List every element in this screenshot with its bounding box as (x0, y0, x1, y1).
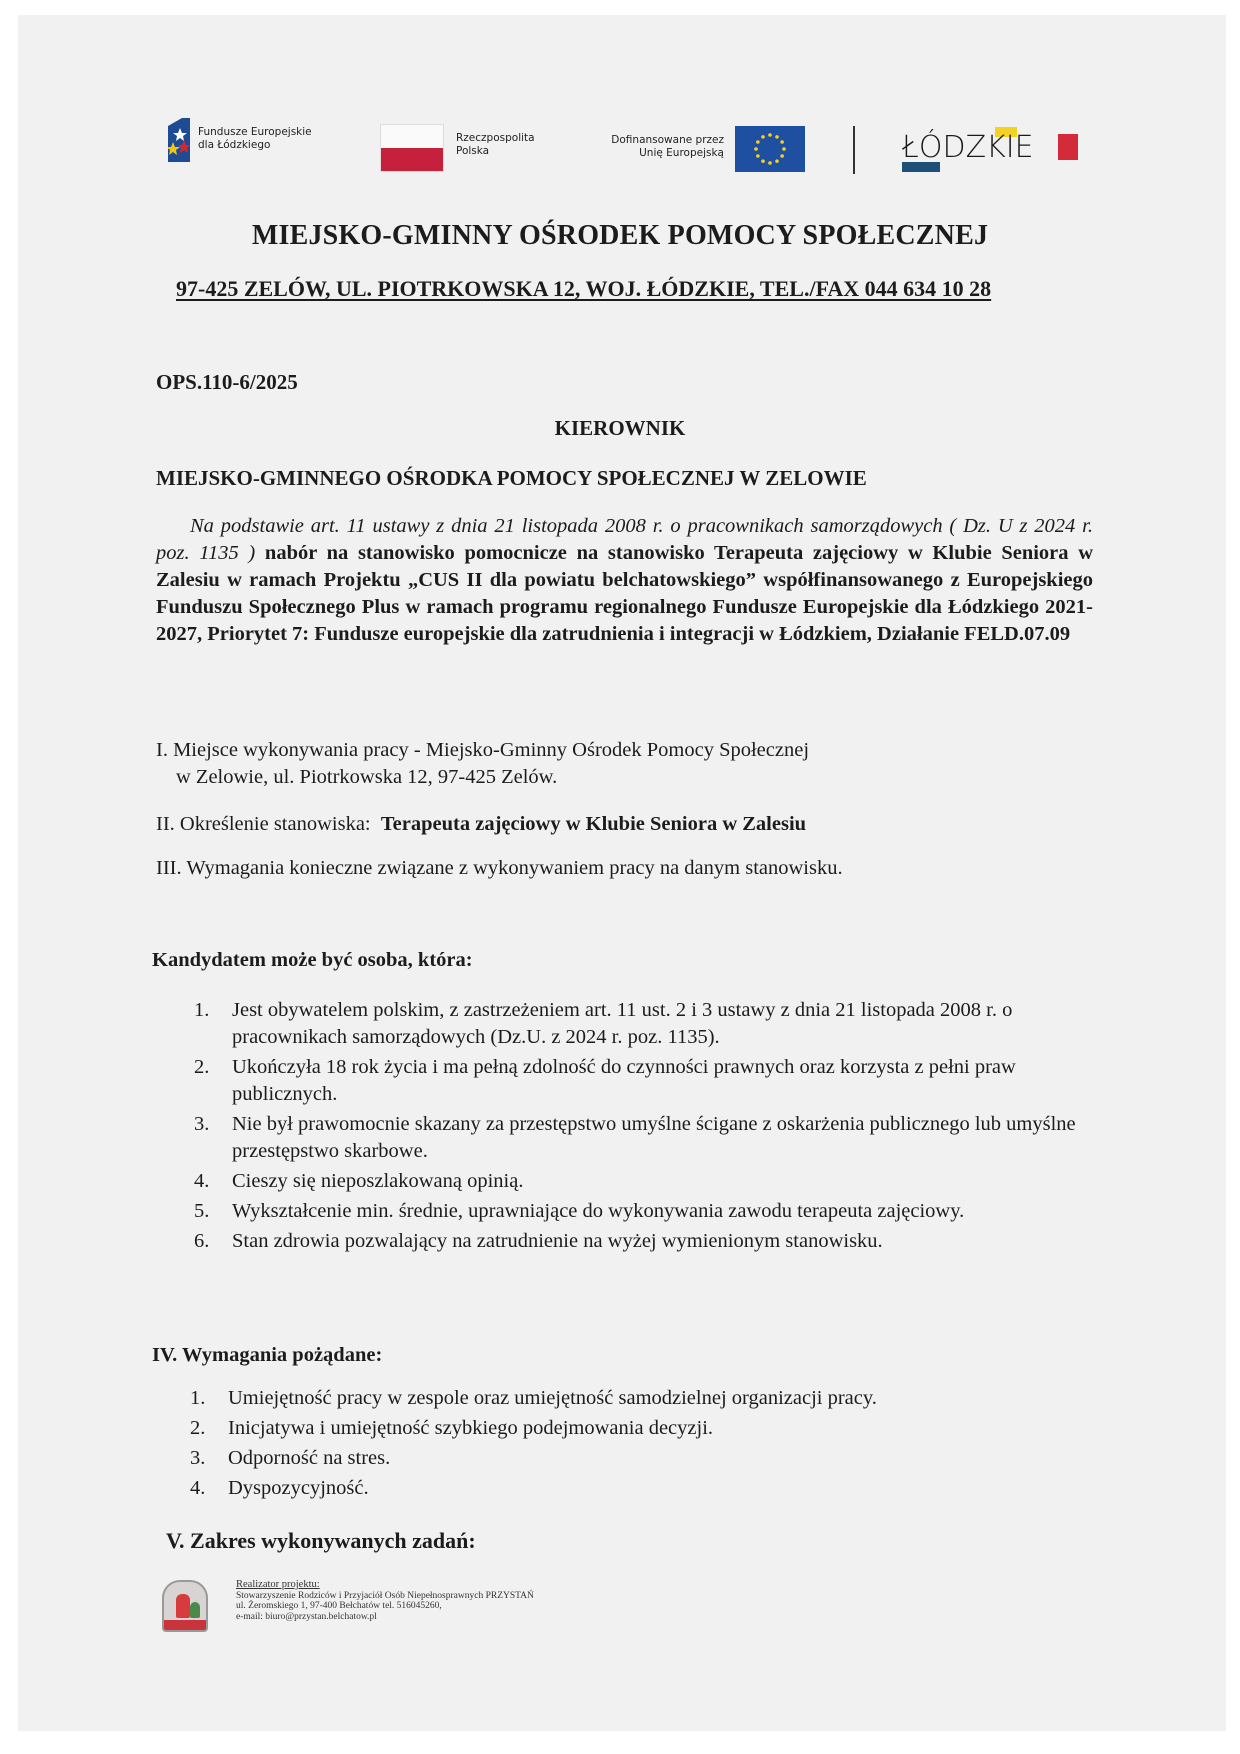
recruitment-description: nabór na stanowisko pomocnicze na stanow… (156, 542, 1093, 645)
lodzkie-logo: ŁÓDZKIE (902, 130, 1034, 165)
list-number: 5. (194, 1198, 209, 1225)
desired-requirements-list: 1.Umiejętność pracy w zespole oraz umiej… (186, 1385, 1086, 1505)
list-text: Jest obywatelem polskim, z zastrzeżeniem… (232, 999, 1012, 1048)
list-text: Cieszy się nieposzlakowaną opinią. (232, 1170, 523, 1192)
logo-divider (853, 126, 855, 174)
section-2-numeral: II. (156, 813, 175, 835)
fe-label-line2: dla Łódzkiego (198, 139, 312, 152)
list-number: 3. (194, 1111, 209, 1138)
institution-title: MIEJSKO-GMINNY OŚRODEK POMOCY SPOŁECZNEJ (0, 220, 1240, 252)
list-item: 3.Odporność na stres. (186, 1445, 1086, 1472)
candidate-requirements-list: 1.Jest obywatelem polskim, z zastrzeżeni… (190, 997, 1090, 1258)
list-item: 4.Dyspozycyjność. (186, 1475, 1086, 1502)
eu-label-line1: Dofinansowane przez (590, 134, 724, 147)
list-text: Nie był prawomocnie skazany za przestęps… (232, 1113, 1076, 1162)
fundusze-europejskie-label: Fundusze Europejskie dla Łódzkiego (198, 126, 312, 152)
project-implementer: Realizator projektu: Stowarzyszenie Rodz… (236, 1580, 534, 1622)
list-item: 4.Cieszy się nieposzlakowaną opinią. (190, 1168, 1090, 1195)
announcement-intro: Na podstawie art. 11 ustawy z dnia 21 li… (156, 513, 1093, 648)
position-name: Terapeuta zajęciowy w Klubie Seniora w Z… (381, 813, 806, 835)
issuer-title: KIEROWNIK (0, 416, 1240, 441)
rzeczpospolita-label: Rzeczpospolita Polska (456, 132, 535, 158)
eu-label-line2: Unię Europejską (590, 147, 724, 160)
section-5-heading: V. Zakres wykonywanych zadań: (166, 1528, 476, 1554)
rp-label-line2: Polska (456, 145, 535, 158)
lodzkie-red-block (1058, 134, 1078, 160)
przystan-logo-icon (162, 1580, 208, 1632)
eu-cofinancing-label: Dofinansowane przez Unię Europejską (590, 134, 724, 160)
section-3-text: Wymagania konieczne związane z wykonywan… (186, 857, 842, 879)
reference-number: OPS.110-6/2025 (156, 370, 298, 395)
implementer-email: e-mail: biuro@przystan.belchatow.pl (236, 1612, 534, 1623)
section-4-heading: IV. Wymagania pożądane: (152, 1344, 382, 1367)
list-number: 2. (190, 1415, 205, 1442)
list-item: 6.Stan zdrowia pozwalający na zatrudnien… (190, 1228, 1090, 1255)
list-number: 6. (194, 1228, 209, 1255)
rp-label-line1: Rzeczpospolita (456, 132, 535, 145)
list-item: 1.Umiejętność pracy w zespole oraz umiej… (186, 1385, 1086, 1412)
section-3: III. Wymagania konieczne związane z wyko… (156, 855, 843, 882)
list-text: Stan zdrowia pozwalający na zatrudnienie… (232, 1230, 883, 1252)
section-2: II. Określenie stanowiska: Terapeuta zaj… (156, 811, 806, 838)
fundusze-europejskie-logo-icon (168, 118, 190, 162)
section-3-numeral: III. (156, 857, 182, 879)
list-number: 1. (190, 1385, 205, 1412)
list-item: 2.Ukończyła 18 rok życia i ma pełną zdol… (190, 1054, 1090, 1108)
list-item: 1.Jest obywatelem polskim, z zastrzeżeni… (190, 997, 1090, 1051)
list-number: 4. (194, 1168, 209, 1195)
list-item: 3.Nie był prawomocnie skazany za przestę… (190, 1111, 1090, 1165)
implementer-address: ul. Żeromskiego 1, 97-400 Bełchatów tel.… (236, 1601, 534, 1612)
institution-address: 97-425 ZELÓW, UL. PIOTRKOWSKA 12, WOJ. Ł… (176, 276, 991, 302)
list-number: 2. (194, 1054, 209, 1081)
section-1-line1: Miejsce wykonywania pracy - Miejsko-Gmin… (173, 739, 809, 761)
list-number: 4. (190, 1475, 205, 1502)
fe-label-line1: Fundusze Europejskie (198, 126, 312, 139)
list-text: Dyspozycyjność. (228, 1477, 369, 1499)
list-number: 1. (194, 997, 209, 1024)
section-1: I. Miejsce wykonywania pracy - Miejsko-G… (156, 737, 809, 791)
list-number: 3. (190, 1445, 205, 1472)
list-text: Ukończyła 18 rok życia i ma pełną zdolno… (232, 1056, 1016, 1105)
eu-flag-icon (735, 126, 805, 172)
section-1-line2: w Zelowie, ul. Piotrkowska 12, 97-425 Ze… (156, 764, 809, 791)
list-item: 5.Wykształcenie min. średnie, uprawniają… (190, 1198, 1090, 1225)
list-text: Inicjatywa i umiejętność szybkiego podej… (228, 1417, 713, 1439)
list-text: Wykształcenie min. średnie, uprawniające… (232, 1200, 964, 1222)
list-text: Umiejętność pracy w zespole oraz umiejęt… (228, 1387, 877, 1409)
list-text: Odporność na stres. (228, 1447, 390, 1469)
section-2-label: Określenie stanowiska: (180, 813, 371, 835)
implementer-label: Realizator projektu: (236, 1580, 534, 1591)
list-item: 2.Inicjatywa i umiejętność szybkiego pod… (186, 1415, 1086, 1442)
section-1-numeral: I. (156, 739, 168, 761)
candidate-heading: Kandydatem może być osoba, która: (152, 949, 473, 972)
implementer-org: Stowarzyszenie Rodziców i Przyjaciół Osó… (236, 1591, 534, 1602)
polish-flag-icon (380, 124, 444, 172)
issuer-institution: MIEJSKO-GMINNEGO OŚRODKA POMOCY SPOŁECZN… (156, 466, 867, 491)
